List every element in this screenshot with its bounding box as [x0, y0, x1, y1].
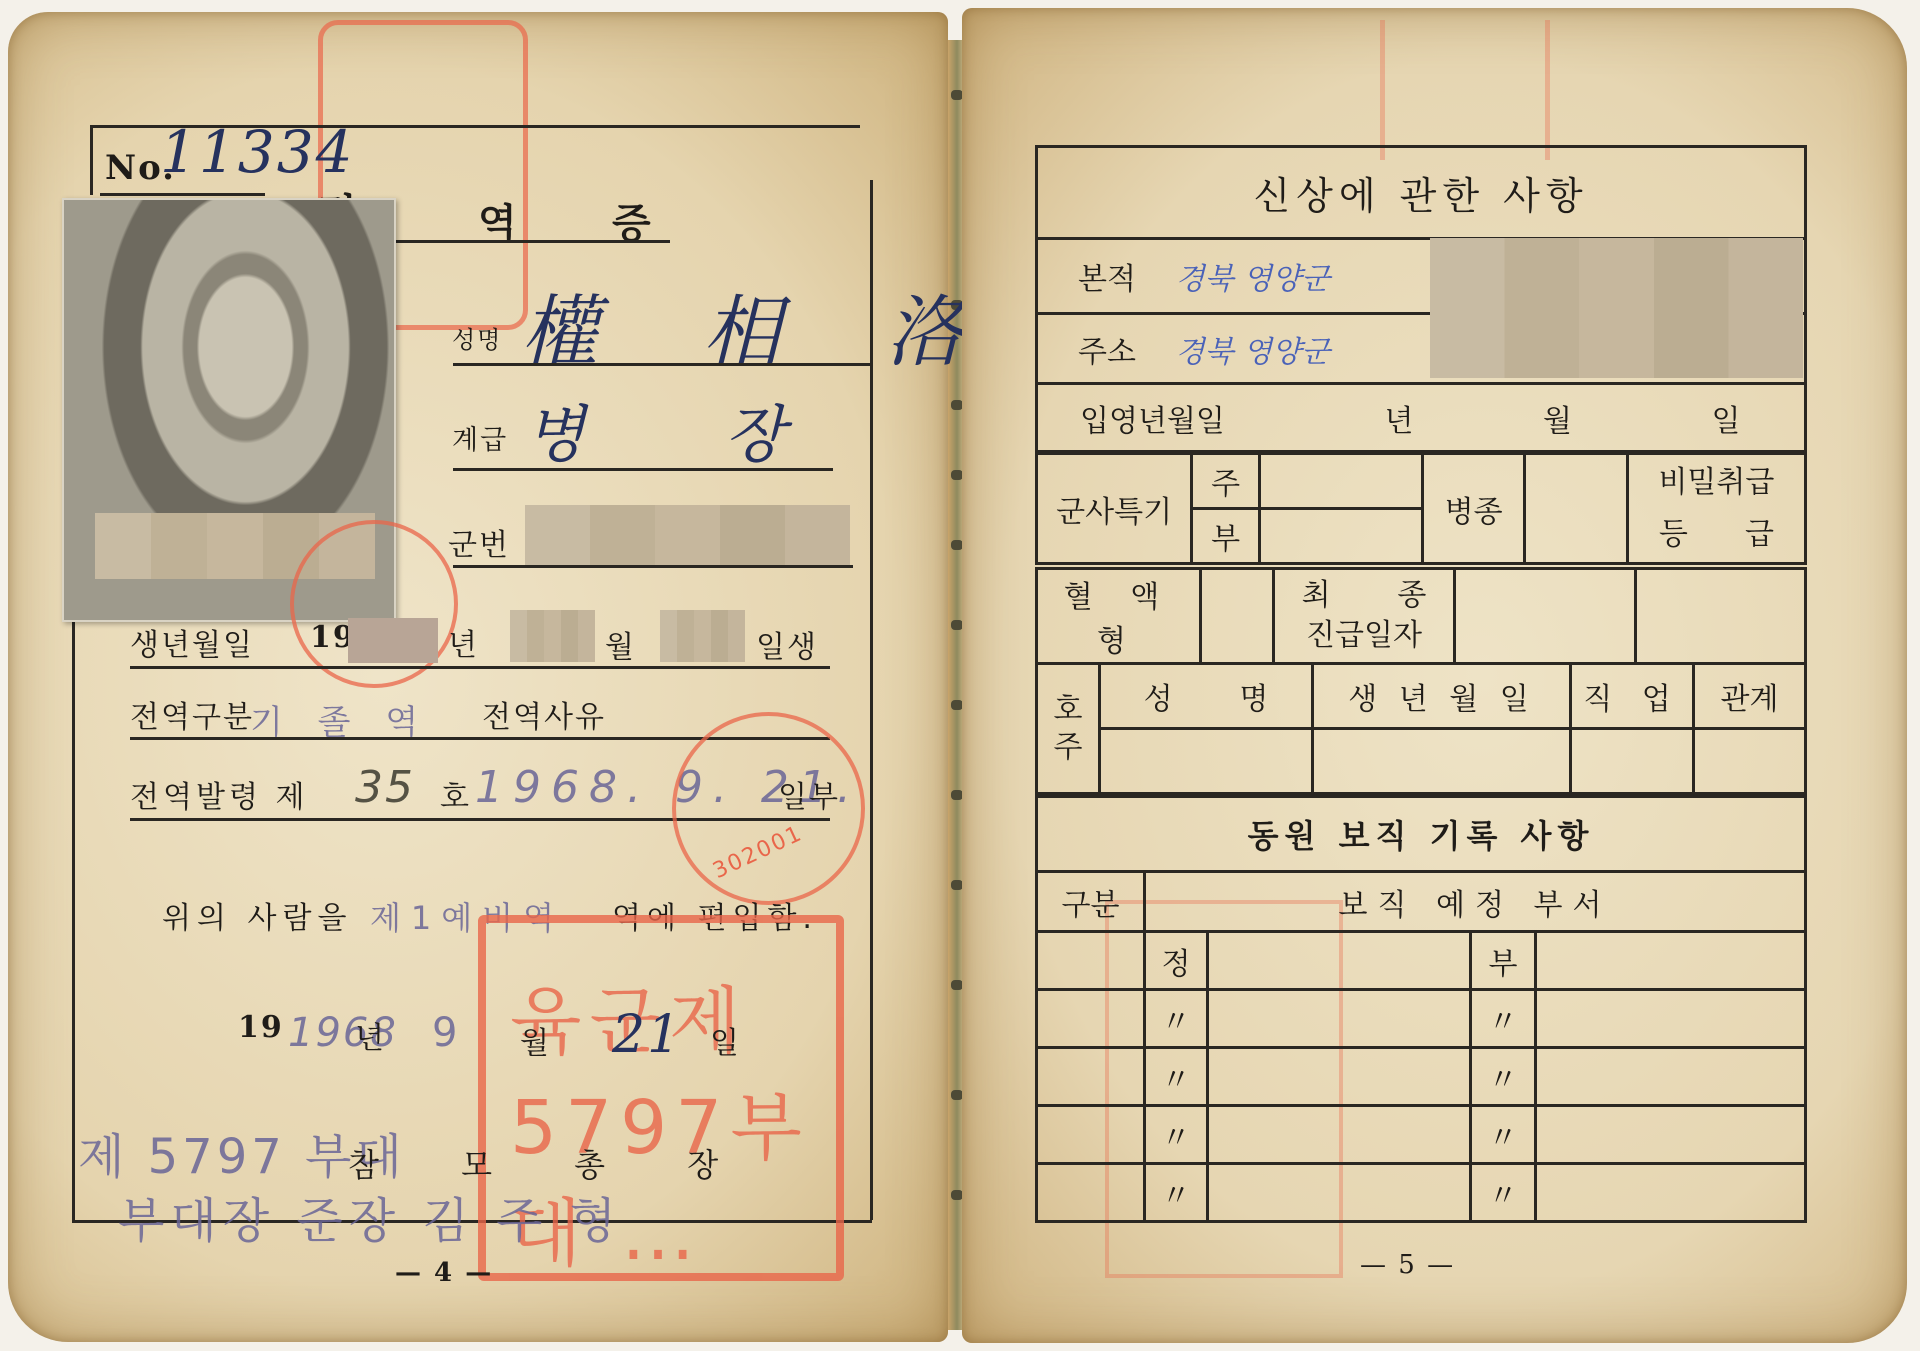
- service-number-label: 군번: [448, 520, 510, 564]
- mob-primary-value[interactable]: [1208, 1106, 1471, 1164]
- mob-secondary-value[interactable]: [1536, 1164, 1806, 1222]
- branch-label: 병종: [1422, 454, 1524, 564]
- issue-date-day-suffix: 일: [710, 1018, 741, 1062]
- mob-col-dept: 보직 예정 부서: [1145, 872, 1806, 932]
- name-label: 성명: [452, 320, 502, 355]
- issue-date-year-suffix: 년: [355, 1013, 386, 1057]
- address-label: 주소: [1078, 335, 1136, 370]
- promotion-label-line1: 최 종: [1275, 576, 1453, 616]
- origin-label: 본적: [1078, 262, 1136, 297]
- faint-stamp-mark: [1380, 20, 1550, 160]
- birth-label: 생년월일: [130, 620, 254, 664]
- enlistment-month: 월: [1543, 404, 1572, 439]
- frame-left-line-top: [90, 125, 93, 195]
- branch-value[interactable]: [1525, 454, 1627, 564]
- ditto-mark: 〃: [1145, 990, 1208, 1048]
- birth-day-redaction: [660, 610, 745, 662]
- service-number-underline: [453, 565, 853, 568]
- issue-date-prefix: 19: [238, 1010, 284, 1045]
- specialty-table: 군사특기 주 병종 비밀취급 등 급 부: [1035, 452, 1807, 565]
- birth-day-suffix: 일생: [756, 622, 818, 666]
- mob-row-category[interactable]: [1037, 1164, 1145, 1222]
- address-value: 경북 영양군: [1176, 335, 1330, 370]
- round-seal-stamp-2: [672, 712, 865, 905]
- mob-row-category[interactable]: [1037, 1048, 1145, 1106]
- household-col-birth: 생 년 월 일: [1313, 664, 1571, 729]
- specialty-label: 군사특기: [1037, 454, 1192, 564]
- household-col-relation: 관계: [1694, 664, 1806, 729]
- birth-year-suffix: 년: [448, 620, 479, 664]
- ditto-mark: 〃: [1471, 1106, 1536, 1164]
- security-label-line1: 비밀취급: [1629, 457, 1804, 509]
- mob-row-category[interactable]: [1037, 1106, 1145, 1164]
- promotion-date-label: 최 종 진급일자: [1274, 569, 1455, 664]
- origin-value: 경북 영양군: [1176, 262, 1330, 297]
- blood-row-blank: [1636, 569, 1806, 664]
- ditto-mark: 〃: [1471, 990, 1536, 1048]
- issue-date-month: 9: [432, 1010, 459, 1056]
- security-label-line2: 등 급: [1629, 509, 1804, 561]
- household-label-text: 호주: [1053, 691, 1083, 767]
- specialty-primary-value[interactable]: [1260, 454, 1423, 509]
- ditto-mark: 〃: [1145, 1048, 1208, 1106]
- discharge-order-number: 35: [355, 762, 415, 813]
- mob-primary-value[interactable]: [1208, 1048, 1471, 1106]
- mob-secondary-value[interactable]: [1536, 1048, 1806, 1106]
- mobilization-table: 동원 보직 기록 사항 구분 보직 예정 부서 정 부 〃 〃 〃 〃 〃 〃 …: [1035, 795, 1807, 1223]
- section-title: 신상에 관한 사항: [1037, 147, 1806, 239]
- mob-primary-value[interactable]: [1208, 1164, 1471, 1222]
- service-number-redaction: [525, 505, 850, 567]
- enlistment-label: 입영년월일: [1080, 404, 1225, 439]
- birth-month-redaction: [510, 610, 595, 662]
- ditto-mark: 〃: [1145, 1106, 1208, 1164]
- mob-secondary-value[interactable]: [1536, 932, 1806, 990]
- household-col-occupation: 직 업: [1571, 664, 1694, 729]
- enlistment-day: 일: [1712, 404, 1741, 439]
- mob-row-category[interactable]: [1037, 932, 1145, 990]
- mob-primary-value[interactable]: [1208, 932, 1471, 990]
- mob-primary-label: 정: [1145, 932, 1208, 990]
- promotion-label-line2: 진급일자: [1275, 616, 1453, 656]
- security-clearance-label: 비밀취급 등 급: [1627, 454, 1805, 564]
- statement-prefix: 위의 사람을: [162, 893, 352, 937]
- serial-underline: [100, 193, 265, 196]
- mob-col-category: 구분: [1037, 872, 1145, 932]
- ditto-mark: 〃: [1471, 1164, 1536, 1222]
- issue-date-day: 21: [612, 1005, 682, 1065]
- birth-month-suffix: 월: [605, 622, 636, 666]
- address-redaction: [1430, 238, 1803, 378]
- enlistment-row: 입영년월일 년 월 일: [1037, 384, 1806, 452]
- name-underline: [453, 363, 873, 366]
- mob-secondary-label: 부: [1471, 932, 1536, 990]
- mob-primary-value[interactable]: [1208, 990, 1471, 1048]
- discharge-order-ho: 호: [440, 772, 471, 816]
- blood-type-value[interactable]: [1201, 569, 1274, 664]
- discharge-reason-label: 전역사유: [482, 692, 606, 736]
- mobilization-title: 동원 보직 기록 사항: [1037, 797, 1806, 872]
- household-birth-value[interactable]: [1313, 729, 1571, 794]
- specialty-primary-label: 주: [1192, 454, 1260, 509]
- rank-value: 병 장: [525, 385, 845, 474]
- title-underline: [395, 240, 670, 243]
- household-table: 호주 성 명 생 년 월 일 직 업 관계: [1035, 662, 1807, 795]
- enlistment-year: 년: [1384, 404, 1413, 439]
- issue-date-month-suffix: 월: [520, 1018, 551, 1062]
- birth-underline: [130, 666, 830, 669]
- discharge-order-label: 전역발령 제: [130, 772, 308, 816]
- household-label: 호주: [1037, 664, 1100, 794]
- mob-row-category[interactable]: [1037, 990, 1145, 1048]
- birth-year-redaction: [348, 618, 438, 663]
- ditto-mark: 〃: [1145, 1164, 1208, 1222]
- blood-type-label: 혈 액 형: [1037, 569, 1201, 664]
- household-relation-value[interactable]: [1694, 729, 1806, 794]
- issuer-stamp-line2: 부대장 준장 김 주 형: [118, 1182, 622, 1251]
- mob-secondary-value[interactable]: [1536, 1106, 1806, 1164]
- specialty-secondary-value[interactable]: [1260, 509, 1423, 564]
- page-number-left: — 4 —: [395, 1258, 493, 1288]
- household-name-value[interactable]: [1100, 729, 1313, 794]
- rank-underline: [453, 468, 833, 471]
- discharge-type-label: 전역구분: [130, 692, 254, 736]
- serial-number: 11334: [160, 118, 355, 186]
- rank-label: 계급: [452, 418, 508, 457]
- household-occupation-value[interactable]: [1571, 729, 1694, 794]
- specialty-secondary-label: 부: [1192, 509, 1260, 564]
- issuer-printed: 참 모 총 장: [348, 1140, 754, 1186]
- frame-left-line: [72, 620, 75, 1220]
- blood-promotion-table: 혈 액 형 최 종 진급일자: [1035, 567, 1807, 665]
- promotion-date-value[interactable]: [1455, 569, 1636, 664]
- page-number-right: — 5 —: [1360, 1250, 1455, 1280]
- mob-secondary-value[interactable]: [1536, 990, 1806, 1048]
- household-col-name: 성 명: [1100, 664, 1313, 729]
- ditto-mark: 〃: [1471, 1048, 1536, 1106]
